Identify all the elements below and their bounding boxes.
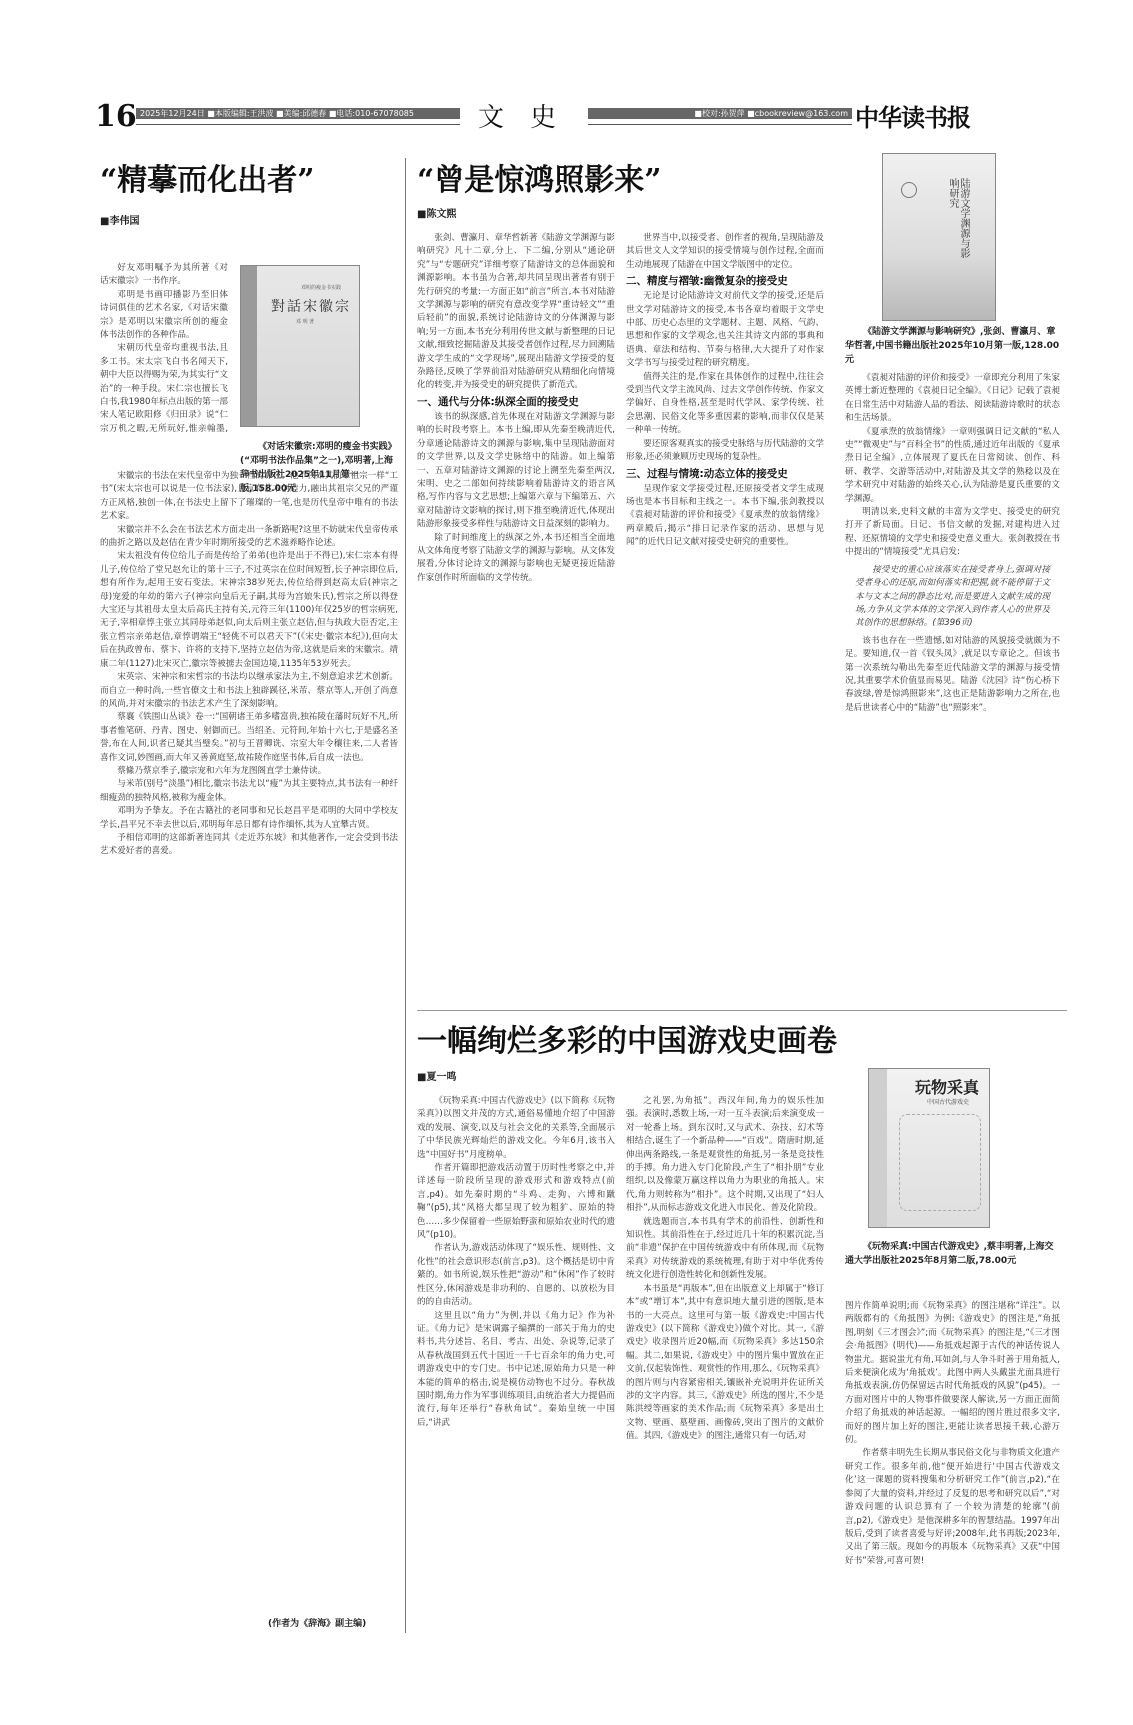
paragraph: 宋徽宗的书法在宋代皇帝中为独一档的存在。他不仅如其前辈祖宗一样“工书”(宋太宗也… <box>100 470 398 524</box>
paragraph: 作者开篇即把游戏活动置于历时性考察之中,并详述每一阶段所呈现的游戏形式和游戏特点… <box>417 1162 615 1242</box>
paragraph: 呈现作家文学接受过程,还原接受者文学生成现场也是本书目标和主线之一。本书下编,张… <box>626 483 824 550</box>
paragraph: 要还原客观真实的接受史脉络与历代陆游的文学形象,还必须兼顾历史现场的复杂性。 <box>626 438 824 465</box>
paragraph: 宋朝历代皇帝均重视书法,且多工书。宋太宗飞白书名闻天下,朝中大臣以得赐为荣,为其… <box>100 342 228 432</box>
article1-byline: ■李伟国 <box>100 212 139 227</box>
page-number: 16 <box>95 100 137 134</box>
article2-column-3: 《袁昶对陆游的评价和接受》一章即充分利用了朱家英博士新近整理的《袁昶日记全编》。… <box>845 372 1060 1002</box>
newspaper-logo: 中华读书报 <box>855 98 970 133</box>
article2-book-cover: 陆游文学渊源与影响研究 <box>882 153 996 321</box>
article3-column-1: 《玩物采真:中国古代游戏史》(以下简称《玩物采真》)以图文并茂的方式,通俗易懂地… <box>417 1095 615 1650</box>
paragraph: 之礼罢,为角抵”。西汉年间,角力的娱乐性加强。表演时,悉数上场,一对一互斗表演;… <box>626 1095 824 1216</box>
section-heading: 三、过程与情境:动态立体的接受史 <box>626 465 824 483</box>
paragraph: 无论是讨论陆游诗文对前代文学的接受,还是后世文学对陆游诗文的接受,本书各章均着眼… <box>626 290 824 370</box>
paragraph: 值得关注的是,作家在具体创作的过程中,往往会受到当代文学主流风尚、过去文学创作传… <box>626 371 824 438</box>
book-cover-title: 陆游文学渊源与影响研究 <box>947 178 969 258</box>
article1-body: 宋徽宗的书法在宋代皇帝中为独一档的存在。他不仅如其前辈祖宗一样“工书”(宋太宗也… <box>100 470 398 1620</box>
paragraph: 邓明为予挚友。予在古籍社的老同事和兄长赵昌平是邓明的大同中学校友学长,昌平兄不幸… <box>100 805 398 832</box>
book-cover-illustration <box>899 1114 981 1211</box>
paragraph: 《玩物采真:中国古代游戏史》(以下简称《玩物采真》)以图文并茂的方式,通俗易懂地… <box>417 1095 615 1162</box>
article2-column-1: 张剑、曹瀛月、章华哲新著《陆游文学渊源与影响研究》凡十二章,分上、下二编,分别从… <box>417 232 615 1002</box>
article2-column-2: 世界当中,以接受者、创作者的视角,呈现陆游及其后世文人文学知识的接受情境与创作过… <box>626 232 824 1002</box>
block-quote: 接受史的重心应该落实在接受者身上,强调对接受者身心的还原,而如何落实和把握,就不… <box>845 564 1060 631</box>
book-spine <box>869 1069 887 1227</box>
paragraph: 作者蔡丰明先生长期从事民俗文化与非物质文化遗产研究工作。很多年前,他“便开始进行… <box>845 1447 1060 1568</box>
masthead-rule-left <box>136 124 460 125</box>
paragraph: 宋英宗、宋神宗和宋哲宗的书法均以继承家法为主,不刻意追求艺术创新。而自立一种时尚… <box>100 671 398 711</box>
book-cover-title: 玩物采真 <box>915 1075 979 1098</box>
section-heading: 二、精度与褶皱:幽微复杂的接受史 <box>626 272 824 290</box>
paragraph: 除了时间维度上的纵深之外,本书还相当全面地从文体角度考察了陆游文学的渊源与影响。… <box>417 532 615 586</box>
paragraph: 作者认为,游戏活动体现了“娱乐性、规则性、文化性”的社会意识形态(前言,p3)。… <box>417 1242 615 1309</box>
masthead-contact-bar: ■校对:孙贺萍 ■cbookreview@163.com <box>588 108 852 119</box>
paragraph: 与米芾(别号“淡墨”)相比,徽宗书法尤以“瘦”为其主要特点,其书法有一种纤细瘦劲… <box>100 778 398 805</box>
masthead-rule-right <box>588 124 852 125</box>
article2-book-caption: 《陆游文学渊源与影响研究》,张剑、曹瀛月、章华哲著,中国书籍出版社2025年10… <box>845 325 1060 367</box>
book-cover-author: 邓 明 著 <box>296 318 314 325</box>
article3-headline: 一幅绚烂多彩的中国游戏史画卷 <box>417 1016 837 1060</box>
section-title: 文史 <box>478 97 582 134</box>
paragraph: 图片作简单说明;而《玩物采真》的图注堪称“详注”。以两版都有的《角抵图》为例:《… <box>845 1300 1060 1447</box>
paragraph: 《夏承焘的放翁情缘》一章则强调日记文献的“私人史”“微观史”与“百科全书”的性质… <box>845 426 1060 506</box>
paragraph: 邓明是书画印播影乃至旧体诗词俱佳的艺术名家,《对话宋徽宗》是邓明以宋徽宗所创的瘦… <box>100 289 228 343</box>
paragraph: 宋徽宗并不么会在书法艺术方面走出一条新路呢?这里不妨就宋代皇帝传承的曲折之路以及… <box>100 524 398 551</box>
article3-book-caption: 《玩物采真:中国古代游戏史》,蔡丰明著,上海交通大学出版社2025年8月第二版,… <box>845 1240 1060 1268</box>
paragraph: 《袁昶对陆游的评价和接受》一章即充分利用了朱家英博士新近整理的《袁昶日记全编》。… <box>845 372 1060 426</box>
article1-book-cover: 對話宋徽宗 邓明的瘦金书实践 邓 明 著 <box>240 265 360 427</box>
section-heading: 一、通代与分体:纵深全面的接受史 <box>417 393 615 411</box>
column-divider <box>405 158 406 1633</box>
article1-author-note: (作者为《辞海》副主编) <box>268 1616 366 1629</box>
book-cover-subtitle: 中国古代游戏史 <box>927 1097 969 1106</box>
paragraph: 该书也存在一些遗憾,如对陆游的风貌接受就颇为不足。要知道,仅一首《钗头凤》,就足… <box>845 635 1060 715</box>
paragraph: 宋太祖没有传位给儿子而是传给了弟弟(也许是出于不得已),宋仁宗本有得儿子,传位给… <box>100 550 398 671</box>
paragraph: 蔡襄《铁围山丛谈》卷一:“国朝诸王弟多嗜富贵,独祐陵在藩时玩好不凡,所事者惟笔研… <box>100 711 398 765</box>
paragraph: 世界当中,以接受者、创作者的视角,呈现陆游及其后世文人文学知识的接受情境与创作过… <box>626 232 824 272</box>
article3-byline: ■夏一鸣 <box>417 1068 456 1083</box>
newspaper-page: 16 2025年12月24日 ■本版编辑:王洪波 ■美编:邱德春 ■电话:010… <box>0 0 1133 1725</box>
paragraph: 明清以来,史料文献的丰富为文学史、接受史的研究打开了新局面。日记、书信文献的发掘… <box>845 506 1060 560</box>
paragraph: 本书虽是“再版本”,但在出版意义上却属于“修订本”或“增订本”,其中有意识地大量… <box>626 1283 824 1444</box>
paragraph: 予相信邓明的这部新著连同其《走近苏东坡》和其他著作,一定会受到书法艺术爱好者的喜… <box>100 832 398 859</box>
article3-book-cover: 玩物采真 中国古代游戏史 <box>868 1068 990 1228</box>
paragraph: 该书的纵深感,首先体现在对陆游文学渊源与影响的长时段考察上。本书上编,即从先秦至… <box>417 411 615 532</box>
article2-byline: ■陈文熙 <box>417 205 456 220</box>
book-cover-series: 邓明的瘦金书实践 <box>301 284 341 291</box>
publisher-emblem-icon <box>901 182 917 198</box>
paragraph: 这里且以“角力”为例,并以《角力记》作为补证。《角力记》是宋调露子编撰的一部关于… <box>417 1310 615 1431</box>
masthead-info-bar: 2025年12月24日 ■本版编辑:王洪波 ■美编:邱德春 ■电话:010-67… <box>136 108 460 119</box>
article-divider <box>417 1010 1067 1011</box>
book-cover-title: 對話宋徽宗 <box>271 296 351 316</box>
article3-column-2: 之礼罢,为角抵”。西汉年间,角力的娱乐性加强。表演时,悉数上场,一对一互斗表演;… <box>626 1095 824 1650</box>
article3-column-3: 图片作简单说明;而《玩物采真》的图注堪称“详注”。以两版都有的《角抵图》为例:《… <box>845 1300 1060 1650</box>
paragraph: 张剑、曹瀛月、章华哲新著《陆游文学渊源与影响研究》凡十二章,分上、下二编,分别从… <box>417 232 615 393</box>
article1-headline: “精摹而化出者” <box>100 155 315 199</box>
book-spine <box>241 266 257 426</box>
paragraph: 就选题而言,本书具有学术的前沿性、创新性和知识性。其前沿性在于,经过近几十年的积… <box>626 1216 824 1283</box>
paragraph: 好友邓明嘱予为其所著《对话宋徽宗》一书作序。 <box>100 262 228 289</box>
paragraph: 蔡絛乃蔡京季子,徽宗宠和六年为龙图阁直学士兼侍读。 <box>100 765 398 778</box>
article1-intro-column: 好友邓明嘱予为其所著《对话宋徽宗》一书作序。 邓明是书画印播影乃至旧体诗词俱佳的… <box>100 262 228 432</box>
article2-headline: “曾是惊鸿照影来” <box>417 155 662 199</box>
